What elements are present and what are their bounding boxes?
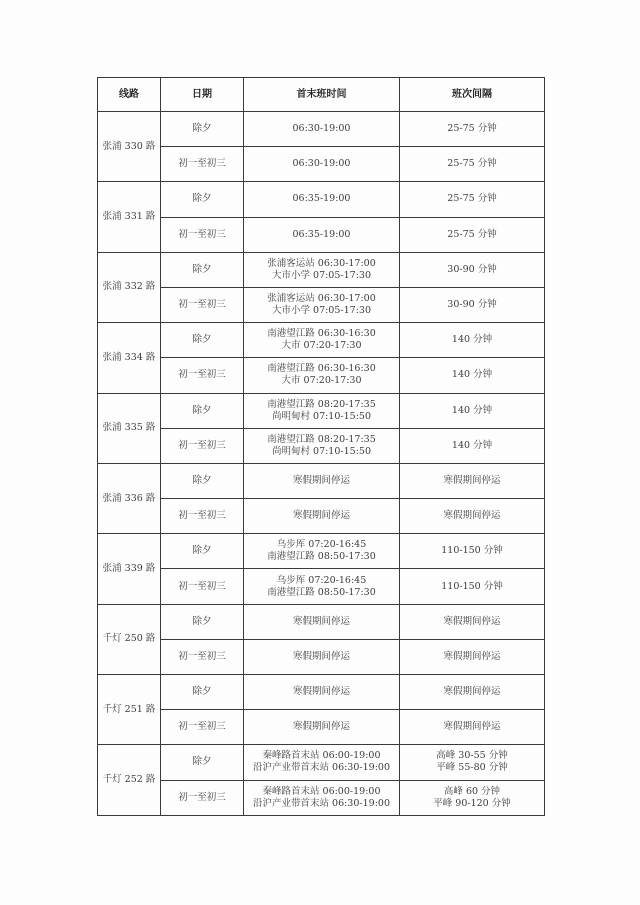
- date-cell: 初一至初三: [161, 147, 244, 182]
- time-line: 寒假期间停运: [244, 721, 399, 733]
- time-cell: 寒假期间停运: [244, 675, 400, 710]
- date-cell: 初一至初三: [161, 358, 244, 393]
- time-line: 张浦客运站 06:30-17:00: [244, 293, 399, 305]
- table-row: 初一至初三张浦客运站 06:30-17:00大市小学 07:05-17:3030…: [98, 287, 545, 322]
- date-cell: 除夕: [161, 323, 244, 358]
- interval-line: 寒假期间停运: [400, 651, 544, 663]
- date-cell: 初一至初三: [161, 499, 244, 534]
- time-line: 尚明甸村 07:10-15:50: [244, 411, 399, 423]
- interval-line: 140 分钟: [400, 405, 544, 417]
- time-line: 06:30-19:00: [244, 158, 399, 170]
- interval-line: 110-150 分钟: [400, 581, 544, 593]
- time-line: 寒假期间停运: [244, 475, 399, 487]
- time-line: 秦峰路首末站 06:00-19:00: [244, 750, 399, 762]
- time-line: 张浦客运站 06:30-17:00: [244, 258, 399, 270]
- interval-line: 25-75 分钟: [400, 158, 544, 170]
- interval-cell: 25-75 分钟: [400, 182, 545, 217]
- interval-cell: 140 分钟: [400, 358, 545, 393]
- interval-cell: 寒假期间停运: [400, 463, 545, 498]
- table-row: 初一至初三南港望江路 06:30-16:30大市 07:20-17:30140 …: [98, 358, 545, 393]
- interval-line: 140 分钟: [400, 334, 544, 346]
- time-cell: 南港望江路 06:30-16:30大市 07:20-17:30: [244, 358, 400, 393]
- table-row: 初一至初三南港望江路 08:20-17:35尚明甸村 07:10-15:5014…: [98, 428, 545, 463]
- time-line: 寒假期间停运: [244, 616, 399, 628]
- interval-cell: 140 分钟: [400, 393, 545, 428]
- interval-line: 25-75 分钟: [400, 193, 544, 205]
- time-cell: 张浦客运站 06:30-17:00大市小学 07:05-17:30: [244, 252, 400, 287]
- time-line: 寒假期间停运: [244, 651, 399, 663]
- time-line: 大市小学 07:05-17:30: [244, 305, 399, 317]
- interval-line: 寒假期间停运: [400, 510, 544, 522]
- time-cell: 06:30-19:00: [244, 112, 400, 147]
- time-cell: 06:35-19:00: [244, 217, 400, 252]
- interval-line: 平峰 55-80 分钟: [400, 762, 544, 774]
- interval-cell: 30-90 分钟: [400, 252, 545, 287]
- time-line: 南港望江路 08:50-17:30: [244, 551, 399, 563]
- route-name-cell: 千灯 250 路: [98, 604, 161, 674]
- interval-line: 110-150 分钟: [400, 545, 544, 557]
- interval-line: 140 分钟: [400, 440, 544, 452]
- table-row: 初一至初三寒假期间停运寒假期间停运: [98, 639, 545, 674]
- time-line: 沿沪产业带首末站 06:30-19:00: [244, 798, 399, 810]
- date-cell: 除夕: [161, 112, 244, 147]
- interval-cell: 25-75 分钟: [400, 217, 545, 252]
- time-line: 南港望江路 08:50-17:30: [244, 587, 399, 599]
- header-route: 线路: [98, 78, 161, 112]
- time-line: 06:35-19:00: [244, 193, 399, 205]
- table-row: 张浦 332 路除夕张浦客运站 06:30-17:00大市小学 07:05-17…: [98, 252, 545, 287]
- interval-cell: 110-150 分钟: [400, 569, 545, 604]
- time-line: 尚明甸村 07:10-15:50: [244, 446, 399, 458]
- table-row: 千灯 250 路除夕寒假期间停运寒假期间停运: [98, 604, 545, 639]
- time-cell: 寒假期间停运: [244, 639, 400, 674]
- time-line: 秦峰路首末站 06:00-19:00: [244, 786, 399, 798]
- table-row: 张浦 334 路除夕南港望江路 06:30-16:30大市 07:20-17:3…: [98, 323, 545, 358]
- table-row: 初一至初三秦峰路首末站 06:00-19:00沿沪产业带首末站 06:30-19…: [98, 780, 545, 815]
- interval-line: 25-75 分钟: [400, 229, 544, 241]
- time-cell: 乌步厍 07:20-16:45南港望江路 08:50-17:30: [244, 534, 400, 569]
- interval-cell: 寒假期间停运: [400, 710, 545, 745]
- table-row: 初一至初三06:30-19:0025-75 分钟: [98, 147, 545, 182]
- time-line: 南港望江路 06:30-16:30: [244, 328, 399, 340]
- time-cell: 06:35-19:00: [244, 182, 400, 217]
- time-line: 寒假期间停运: [244, 510, 399, 522]
- route-name-cell: 张浦 336 路: [98, 463, 161, 533]
- date-cell: 初一至初三: [161, 428, 244, 463]
- date-cell: 除夕: [161, 393, 244, 428]
- time-line: 06:35-19:00: [244, 229, 399, 241]
- interval-line: 25-75 分钟: [400, 123, 544, 135]
- time-line: 寒假期间停运: [244, 686, 399, 698]
- time-cell: 寒假期间停运: [244, 463, 400, 498]
- interval-line: 30-90 分钟: [400, 299, 544, 311]
- interval-line: 寒假期间停运: [400, 721, 544, 733]
- time-line: 乌步厍 07:20-16:45: [244, 539, 399, 551]
- table-row: 初一至初三寒假期间停运寒假期间停运: [98, 710, 545, 745]
- table-row: 初一至初三寒假期间停运寒假期间停运: [98, 499, 545, 534]
- date-cell: 初一至初三: [161, 287, 244, 322]
- table-row: 张浦 336 路除夕寒假期间停运寒假期间停运: [98, 463, 545, 498]
- table-row: 千灯 251 路除夕寒假期间停运寒假期间停运: [98, 675, 545, 710]
- header-first-last-time: 首末班时间: [244, 78, 400, 112]
- date-cell: 除夕: [161, 534, 244, 569]
- date-cell: 除夕: [161, 604, 244, 639]
- time-line: 大市小学 07:05-17:30: [244, 270, 399, 282]
- table-header-row: 线路 日期 首末班时间 班次间隔: [98, 78, 545, 112]
- interval-cell: 高峰 30-55 分钟平峰 55-80 分钟: [400, 745, 545, 780]
- interval-cell: 寒假期间停运: [400, 675, 545, 710]
- time-line: 大市 07:20-17:30: [244, 375, 399, 387]
- interval-line: 140 分钟: [400, 369, 544, 381]
- interval-line: 寒假期间停运: [400, 616, 544, 628]
- table-body: 张浦 330 路除夕06:30-19:0025-75 分钟初一至初三06:30-…: [98, 112, 545, 816]
- table-row: 张浦 330 路除夕06:30-19:0025-75 分钟: [98, 112, 545, 147]
- route-name-cell: 张浦 335 路: [98, 393, 161, 463]
- time-cell: 乌步厍 07:20-16:45南港望江路 08:50-17:30: [244, 569, 400, 604]
- route-name-cell: 张浦 334 路: [98, 323, 161, 393]
- time-line: 06:30-19:00: [244, 123, 399, 135]
- interval-line: 高峰 60 分钟: [400, 786, 544, 798]
- date-cell: 除夕: [161, 252, 244, 287]
- date-cell: 除夕: [161, 182, 244, 217]
- route-name-cell: 千灯 251 路: [98, 675, 161, 745]
- header-date: 日期: [161, 78, 244, 112]
- date-cell: 初一至初三: [161, 639, 244, 674]
- date-cell: 除夕: [161, 745, 244, 780]
- interval-line: 寒假期间停运: [400, 686, 544, 698]
- interval-cell: 140 分钟: [400, 428, 545, 463]
- time-line: 沿沪产业带首末站 06:30-19:00: [244, 762, 399, 774]
- time-cell: 寒假期间停运: [244, 710, 400, 745]
- time-line: 大市 07:20-17:30: [244, 340, 399, 352]
- interval-cell: 寒假期间停运: [400, 499, 545, 534]
- date-cell: 初一至初三: [161, 569, 244, 604]
- interval-cell: 110-150 分钟: [400, 534, 545, 569]
- route-name-cell: 千灯 252 路: [98, 745, 161, 815]
- time-cell: 张浦客运站 06:30-17:00大市小学 07:05-17:30: [244, 287, 400, 322]
- time-cell: 南港望江路 06:30-16:30大市 07:20-17:30: [244, 323, 400, 358]
- table-row: 张浦 339 路除夕乌步厍 07:20-16:45南港望江路 08:50-17:…: [98, 534, 545, 569]
- time-line: 南港望江路 08:20-17:35: [244, 399, 399, 411]
- date-cell: 初一至初三: [161, 780, 244, 815]
- time-cell: 寒假期间停运: [244, 499, 400, 534]
- interval-cell: 25-75 分钟: [400, 112, 545, 147]
- table-row: 初一至初三乌步厍 07:20-16:45南港望江路 08:50-17:30110…: [98, 569, 545, 604]
- date-cell: 除夕: [161, 675, 244, 710]
- route-name-cell: 张浦 331 路: [98, 182, 161, 252]
- document-page: 线路 日期 首末班时间 班次间隔 张浦 330 路除夕06:30-19:0025…: [0, 0, 640, 905]
- time-cell: 秦峰路首末站 06:00-19:00沿沪产业带首末站 06:30-19:00: [244, 745, 400, 780]
- date-cell: 初一至初三: [161, 217, 244, 252]
- route-name-cell: 张浦 339 路: [98, 534, 161, 604]
- interval-line: 高峰 30-55 分钟: [400, 750, 544, 762]
- time-line: 乌步厍 07:20-16:45: [244, 575, 399, 587]
- date-cell: 除夕: [161, 463, 244, 498]
- route-name-cell: 张浦 330 路: [98, 112, 161, 182]
- interval-cell: 30-90 分钟: [400, 287, 545, 322]
- interval-line: 平峰 90-120 分钟: [400, 798, 544, 810]
- table-row: 初一至初三06:35-19:0025-75 分钟: [98, 217, 545, 252]
- route-name-cell: 张浦 332 路: [98, 252, 161, 322]
- interval-line: 30-90 分钟: [400, 264, 544, 276]
- interval-cell: 寒假期间停运: [400, 639, 545, 674]
- time-line: 南港望江路 08:20-17:35: [244, 434, 399, 446]
- time-cell: 06:30-19:00: [244, 147, 400, 182]
- time-cell: 南港望江路 08:20-17:35尚明甸村 07:10-15:50: [244, 393, 400, 428]
- interval-cell: 寒假期间停运: [400, 604, 545, 639]
- time-cell: 南港望江路 08:20-17:35尚明甸村 07:10-15:50: [244, 428, 400, 463]
- interval-cell: 25-75 分钟: [400, 147, 545, 182]
- header-interval: 班次间隔: [400, 78, 545, 112]
- interval-line: 寒假期间停运: [400, 475, 544, 487]
- table-row: 千灯 252 路除夕秦峰路首末站 06:00-19:00沿沪产业带首末站 06:…: [98, 745, 545, 780]
- interval-cell: 高峰 60 分钟平峰 90-120 分钟: [400, 780, 545, 815]
- date-cell: 初一至初三: [161, 710, 244, 745]
- time-cell: 秦峰路首末站 06:00-19:00沿沪产业带首末站 06:30-19:00: [244, 780, 400, 815]
- interval-cell: 140 分钟: [400, 323, 545, 358]
- time-line: 南港望江路 06:30-16:30: [244, 363, 399, 375]
- table-row: 张浦 335 路除夕南港望江路 08:20-17:35尚明甸村 07:10-15…: [98, 393, 545, 428]
- time-cell: 寒假期间停运: [244, 604, 400, 639]
- table-row: 张浦 331 路除夕06:35-19:0025-75 分钟: [98, 182, 545, 217]
- bus-schedule-table: 线路 日期 首末班时间 班次间隔 张浦 330 路除夕06:30-19:0025…: [97, 77, 545, 816]
